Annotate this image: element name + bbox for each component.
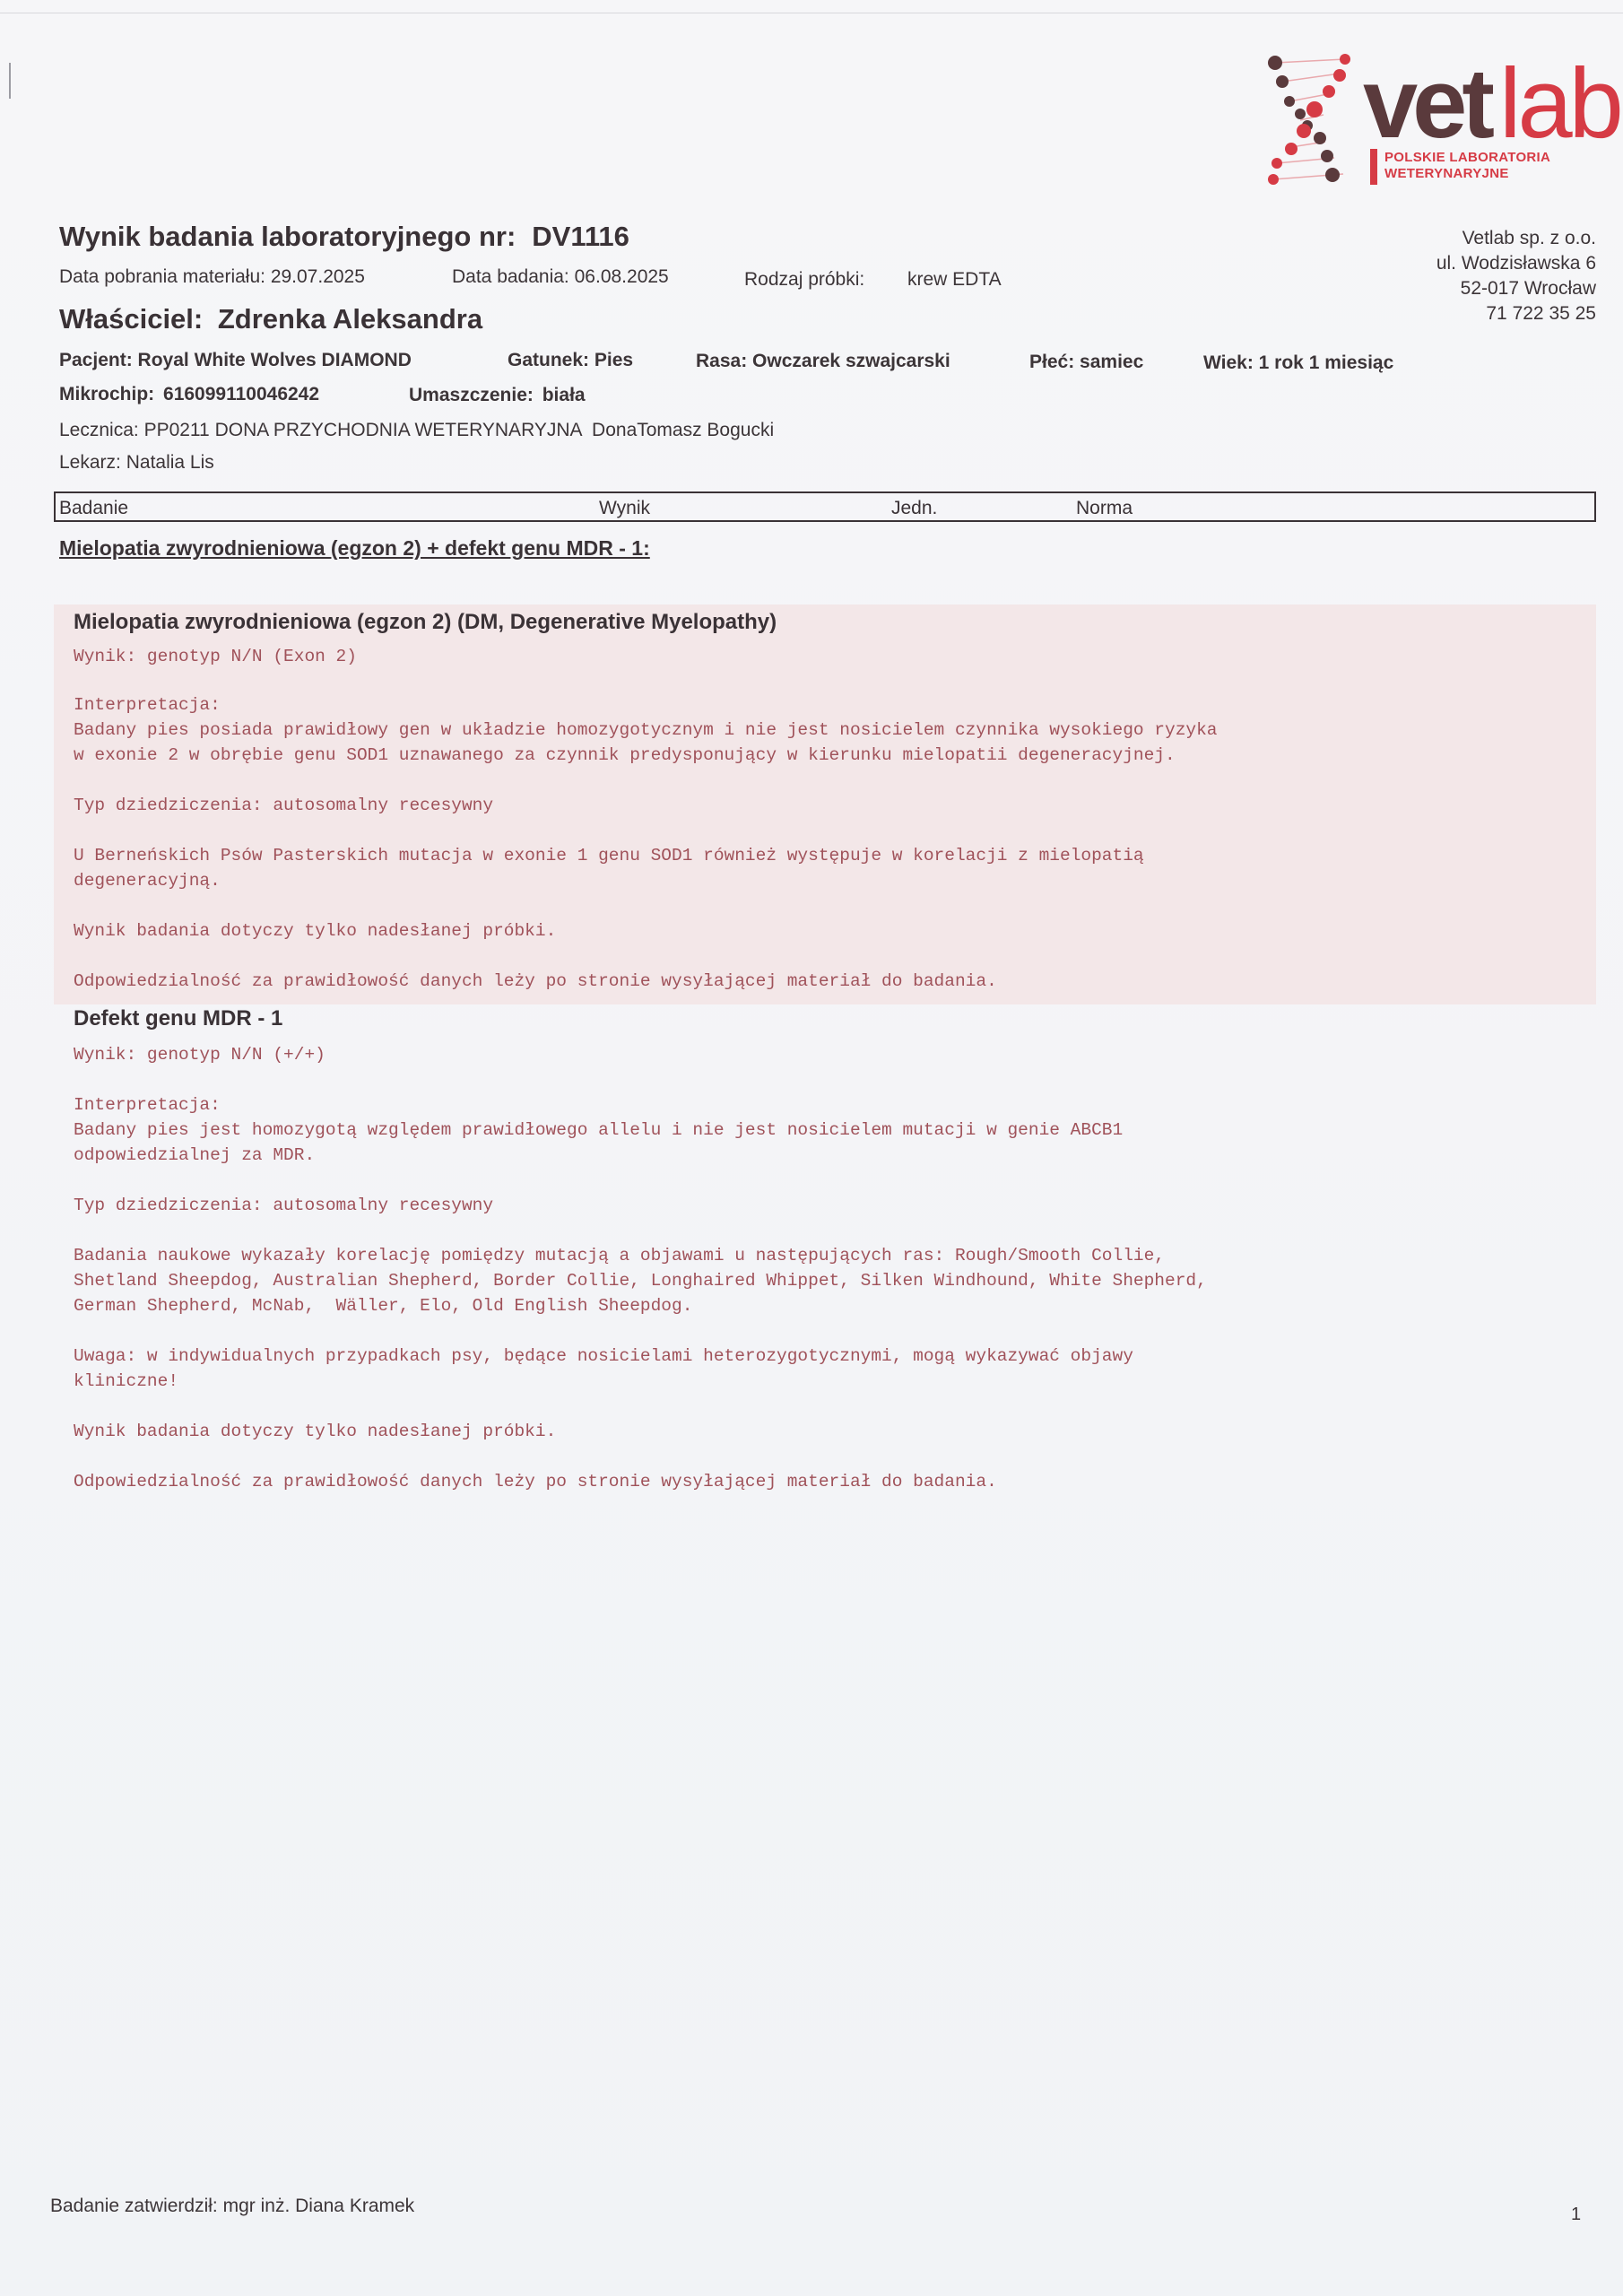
test-date-value: 06.08.2025 — [575, 266, 669, 287]
age-value: 1 rok 1 miesiąc — [1259, 352, 1394, 373]
dates-row: Data pobrania materiału: 29.07.2025 — [59, 266, 365, 288]
sex-value: samiec — [1080, 352, 1143, 372]
report-page: vet lab POLSKIE LABORATORIA WETERYNARYJN… — [0, 0, 1623, 2296]
age-label: Wiek: — [1203, 352, 1254, 373]
report-number: DV1116 — [532, 221, 629, 252]
sample-type-value: krew EDTA — [907, 269, 1002, 291]
mdr-inheritance: Typ dziedziczenia: autosomalny recesywny — [74, 1193, 1598, 1218]
clinic-label: Lecznica: — [59, 420, 139, 440]
doctor-value: Natalia Lis — [126, 452, 214, 473]
sex-label: Płeć: — [1029, 352, 1074, 372]
patient-species: Gatunek: Pies — [508, 350, 633, 371]
mdr-sample-disclaimer: Wynik badania dotyczy tylko nadesłanej p… — [74, 1419, 1598, 1444]
dm-responsibility: Odpowiedzialność za prawidłowość danych … — [74, 969, 1598, 994]
test-title-dm: Mielopatia zwyrodnieniowa (egzon 2) (DM,… — [74, 610, 777, 635]
owner-name: Zdrenka Aleksandra — [218, 303, 482, 335]
mdr-breeds-note: Badania naukowe wykazały korelację pomię… — [74, 1243, 1598, 1318]
logo-subtitle: POLSKIE LABORATORIA WETERYNARYJNE — [1384, 150, 1550, 182]
owner: Właściciel: Zdrenka Aleksandra — [59, 303, 482, 335]
results-table-header: Badanie Wynik Jedn. Norma — [54, 491, 1596, 522]
patient-name-value: Royal White Wolves DIAMOND — [138, 350, 412, 370]
test-title-mdr: Defekt genu MDR - 1 — [74, 1006, 282, 1031]
test-date-label: Data badania: — [452, 266, 569, 287]
patient-breed: Rasa: Owczarek szwajcarski — [696, 351, 950, 372]
logo-bar — [1370, 149, 1377, 185]
company-city: 52-017 Wrocław — [1436, 276, 1596, 301]
report-title: Wynik badania laboratoryjnego nr:DV1116 — [59, 221, 629, 253]
clinic: Lecznica: PP0211 DONA PRZYCHODNIA WETERY… — [59, 420, 774, 441]
test-date: Data badania: 06.08.2025 — [452, 266, 669, 288]
mdr-result: Wynik: genotyp N/N (+/+) — [74, 1042, 1598, 1067]
doctor-label: Lekarz: — [59, 452, 121, 473]
mdr-responsibility: Odpowiedzialność za prawidłowość danych … — [74, 1469, 1598, 1494]
coat-label: Umaszczenie: — [409, 385, 534, 405]
scan-mark — [9, 63, 11, 99]
col-header-norm: Norma — [1076, 498, 1133, 519]
dm-inheritance: Typ dziedziczenia: autosomalny recesywny — [74, 793, 1598, 818]
breed-label: Rasa: — [696, 351, 747, 371]
collection-date-label: Data pobrania materiału: — [59, 266, 265, 287]
sample-type-label: Rodzaj próbki: — [744, 269, 864, 290]
approved-by: Badanie zatwierdził: mgr inż. Diana Kram… — [50, 2196, 414, 2217]
report-title-label: Wynik badania laboratoryjnego nr: — [59, 221, 516, 252]
mdr-interpretation-label: Interpretacja: — [74, 1092, 1598, 1118]
species-label: Gatunek: — [508, 350, 589, 370]
col-header-unit: Jedn. — [891, 498, 937, 519]
microchip-value: 616099110046242 — [163, 384, 319, 404]
microchip-label: Mikrochip: — [59, 384, 154, 404]
dm-sample-disclaimer: Wynik badania dotyczy tylko nadesłanej p… — [74, 918, 1598, 944]
collection-date: 29.07.2025 — [271, 266, 365, 287]
col-header-test: Badanie — [59, 498, 128, 519]
mdr-interpretation: Badany pies jest homozygotą względem pra… — [74, 1118, 1598, 1168]
page-number: 1 — [1571, 2205, 1581, 2225]
patient-name: Pacjent: Royal White Wolves DIAMOND — [59, 350, 412, 371]
company-name: Vetlab sp. z o.o. — [1436, 226, 1596, 251]
dm-note: U Berneńskich Psów Pasterskich mutacja w… — [74, 843, 1598, 893]
dm-result: Wynik: genotyp N/N (Exon 2) — [74, 644, 1598, 669]
patient-microchip: Mikrochip: 616099110046242 — [59, 384, 319, 405]
vetlab-logo: vet lab POLSKIE LABORATORIA WETERYNARYJN… — [1264, 52, 1605, 187]
logo-word-vet: vet — [1363, 47, 1489, 161]
logo-subtitle-line1: POLSKIE LABORATORIA — [1384, 150, 1550, 166]
doctor: Lekarz: Natalia Lis — [59, 452, 214, 474]
panel-title: Mielopatia zwyrodnieniowa (egzon 2) + de… — [59, 536, 650, 561]
page-edge — [0, 13, 1623, 13]
breed-value: Owczarek szwajcarski — [752, 351, 950, 371]
owner-label: Właściciel: — [59, 303, 203, 335]
patient-name-label: Pacjent: — [59, 350, 133, 370]
dm-interpretation-label: Interpretacja: — [74, 692, 1598, 717]
logo-subtitle-line2: WETERYNARYJNE — [1384, 166, 1550, 182]
clinic-value: PP0211 DONA PRZYCHODNIA WETERYNARYJNA Do… — [144, 420, 775, 440]
logo-word-lab: lab — [1499, 47, 1620, 161]
patient-age: Wiek: 1 rok 1 miesiąc — [1203, 352, 1393, 374]
dm-interpretation: Badany pies posiada prawidłowy gen w ukł… — [74, 717, 1598, 768]
species-value: Pies — [595, 350, 633, 370]
sample-type: Rodzaj próbki: — [744, 269, 864, 291]
company-address: Vetlab sp. z o.o. ul. Wodzisławska 6 52-… — [1436, 226, 1596, 326]
dna-helix-icon — [1264, 52, 1363, 187]
patient-sex: Płeć: samiec — [1029, 352, 1143, 373]
company-street: ul. Wodzisławska 6 — [1436, 251, 1596, 276]
mdr-warning: Uwaga: w indywidualnych przypadkach psy,… — [74, 1344, 1598, 1394]
company-phone: 71 722 35 25 — [1436, 301, 1596, 326]
coat-value: biała — [542, 385, 586, 405]
patient-coat: Umaszczenie: biała — [409, 385, 586, 406]
col-header-result: Wynik — [599, 498, 650, 519]
